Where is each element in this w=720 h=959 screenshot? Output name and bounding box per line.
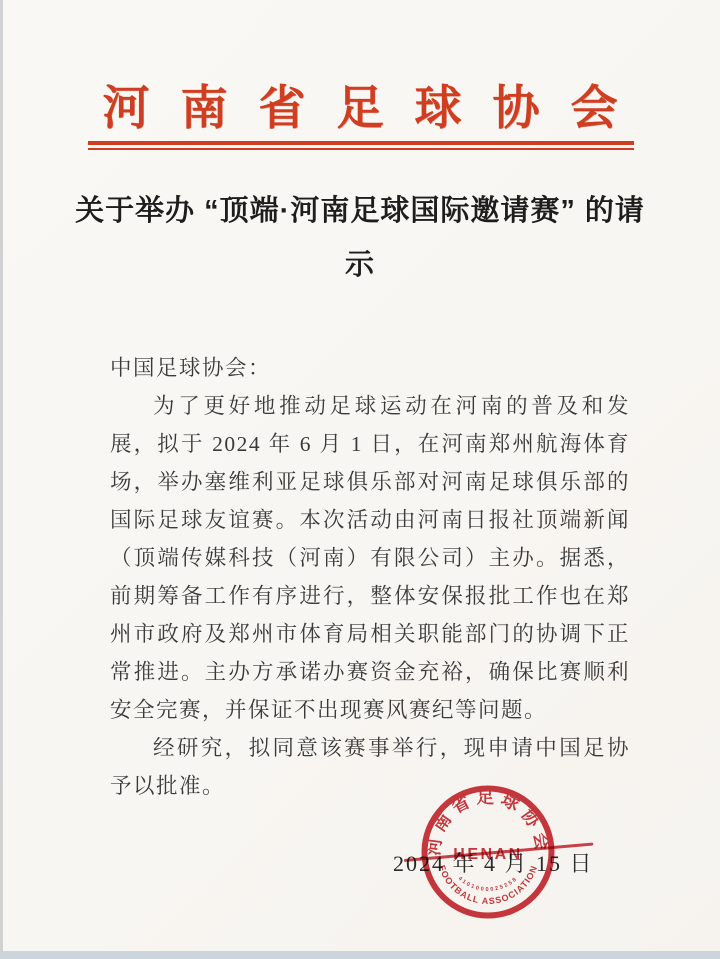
document-title-line1: 关于举办 “顶端·河南足球国际邀请赛” 的请: [0, 184, 720, 238]
scan-edge-bottom: [0, 951, 720, 959]
salutation: 中国足球协会：: [110, 349, 630, 387]
letterhead: 河南省足球协会: [0, 84, 720, 136]
scan-edge-left: [0, 0, 3, 959]
letter-body: 中国足球协会： 为了更好地推动足球运动在河南的普及和发展，拟于 2024 年 6…: [110, 349, 630, 805]
body-paragraph: 为了更好地推动足球运动在河南的普及和发展，拟于 2024 年 6 月 1 日，在…: [110, 387, 630, 729]
document-title: 关于举办 “顶端·河南足球国际邀请赛” 的请 示: [0, 184, 720, 292]
scanned-letter-page: { "document": { "letterhead": "河南省足球协会",…: [0, 0, 720, 959]
letterhead-title: 河南省足球协会: [103, 84, 649, 136]
letterhead-double-rule: [88, 141, 634, 150]
document-title-line2: 示: [0, 238, 720, 292]
seal-arc-bottom-text: FOOTBALL ASSOCIATION: [437, 864, 539, 906]
